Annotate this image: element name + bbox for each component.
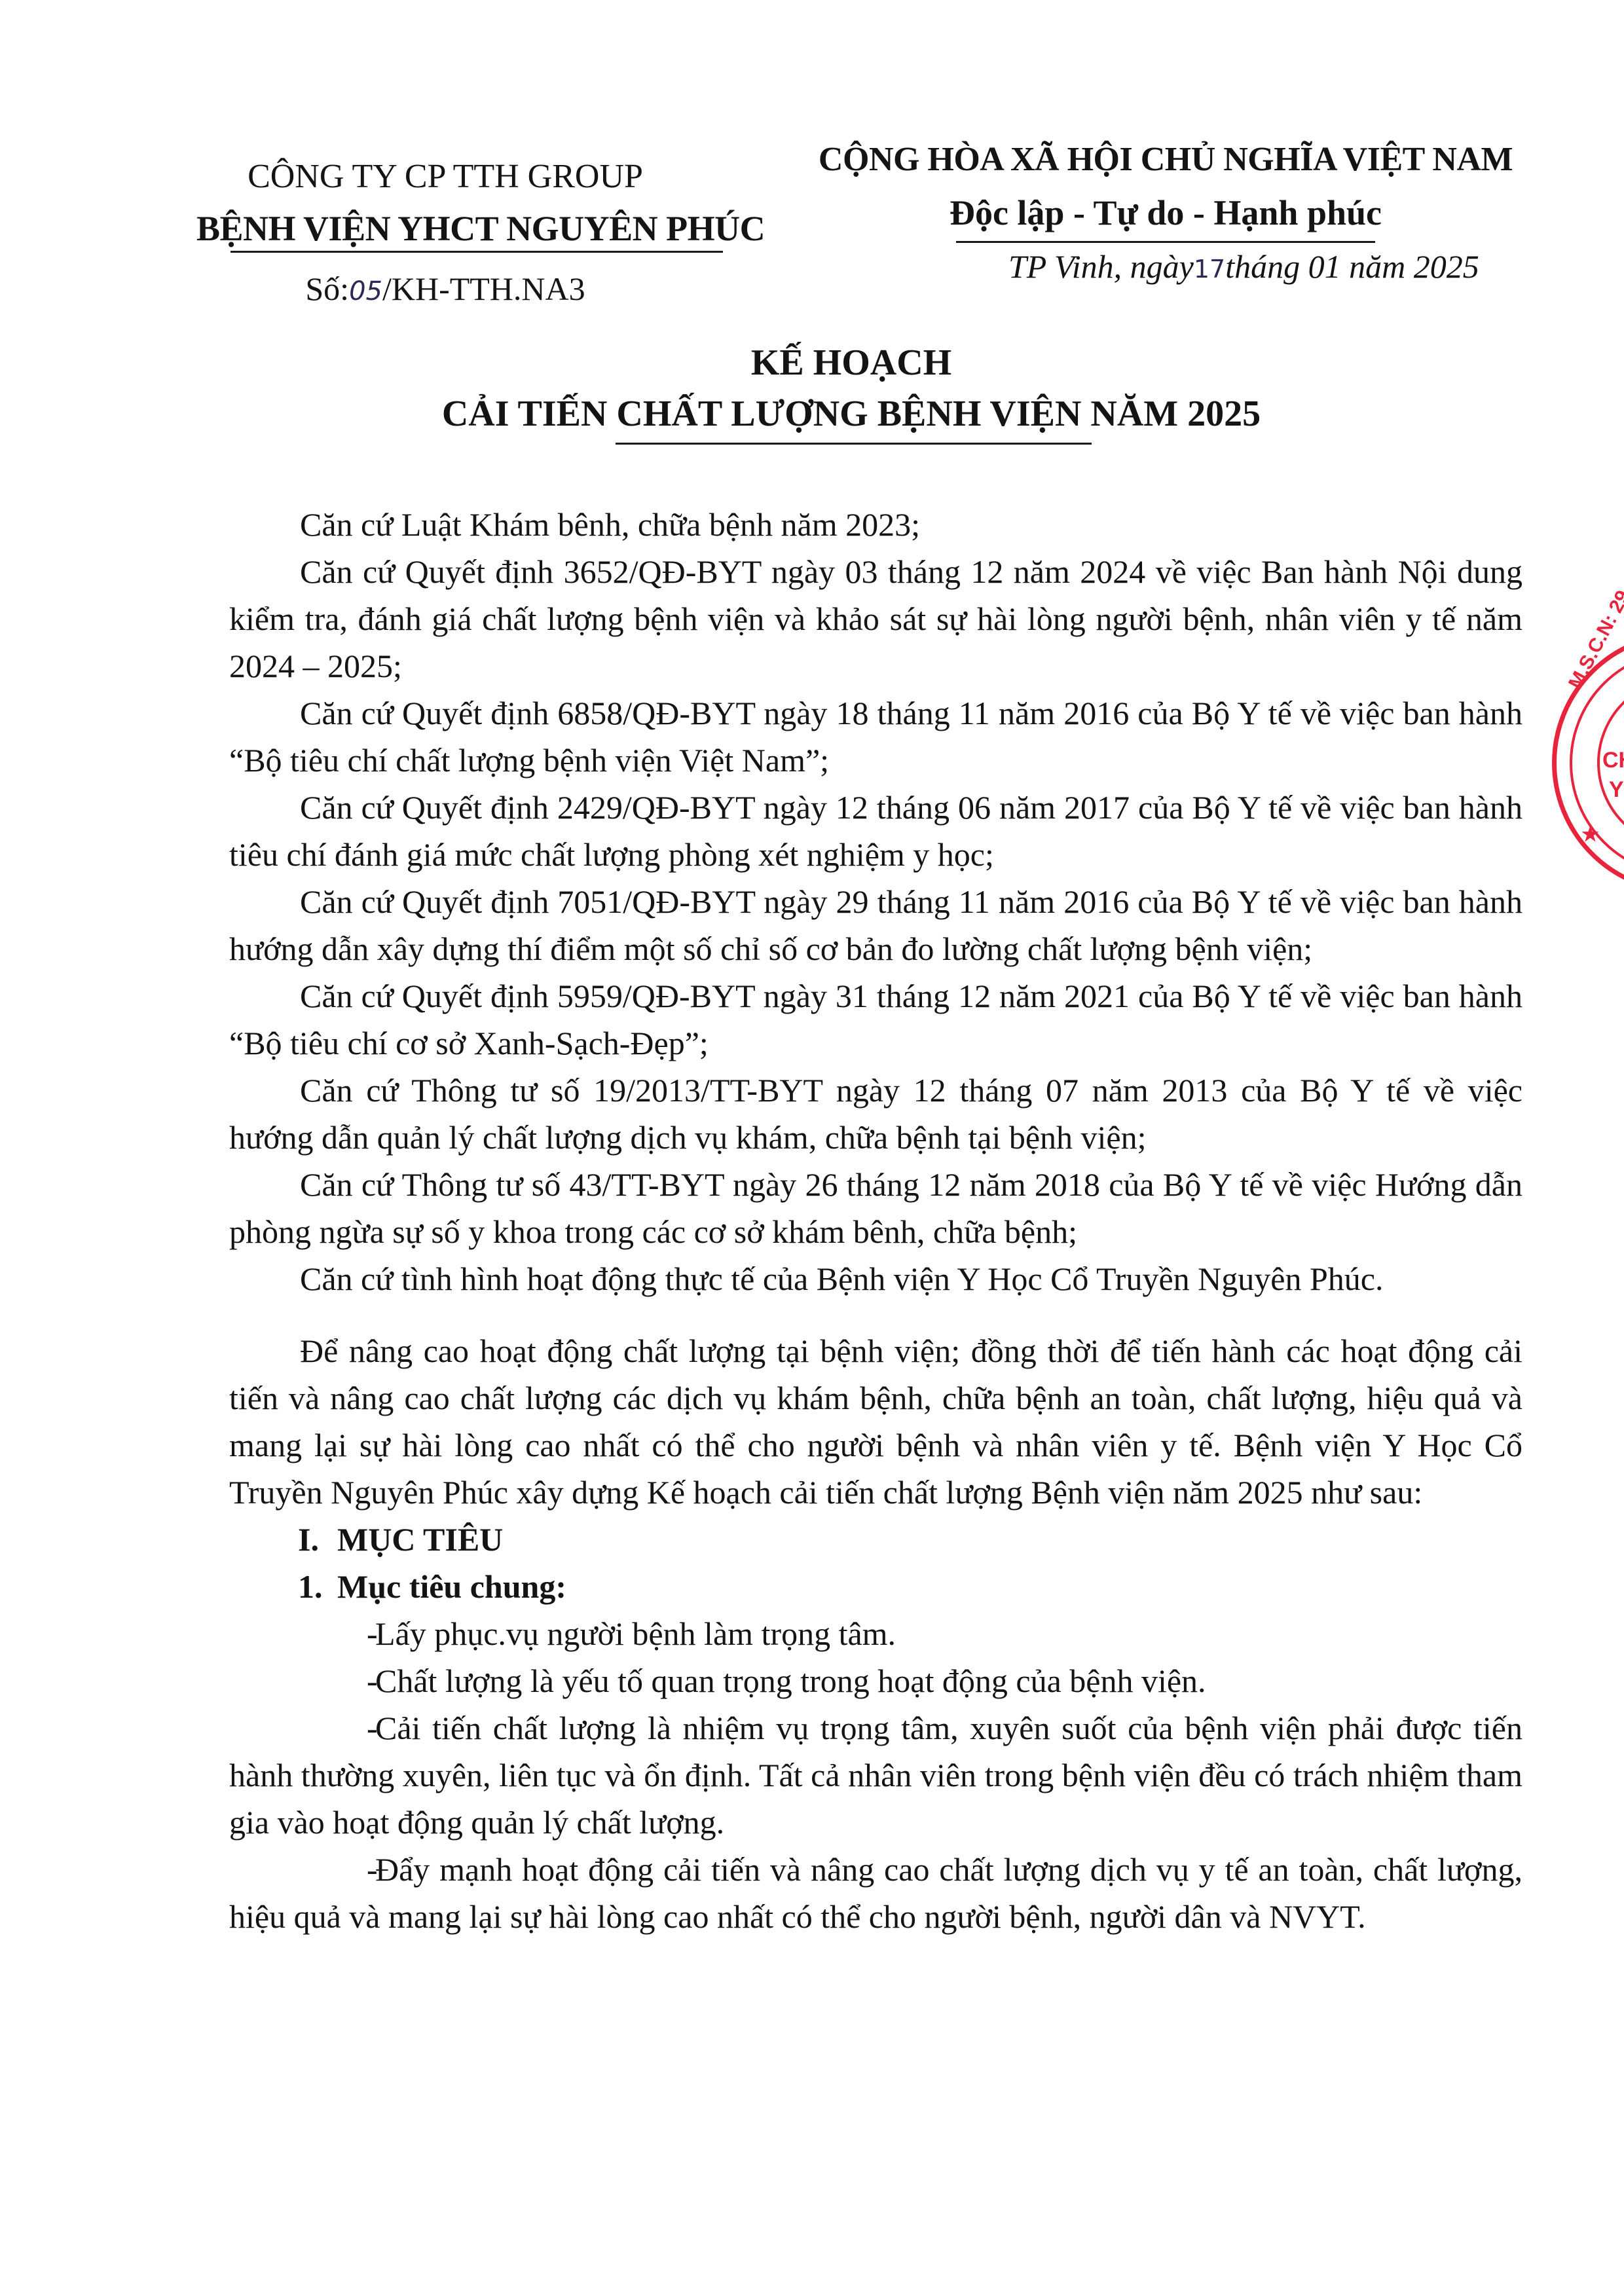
bullet-dash-icon: - bbox=[298, 1610, 375, 1657]
objective-text: Lấy phục.vụ người bệnh làm trọng tâm. bbox=[375, 1615, 896, 1652]
date-prefix: TP Vinh, ngày bbox=[1008, 248, 1194, 285]
legal-basis: Căn cứ Quyết định 3652/QĐ-BYT ngày 03 th… bbox=[229, 548, 1522, 689]
section-heading: I.MỤC TIÊU bbox=[229, 1516, 1522, 1563]
subsection-heading: 1.Mục tiêu chung: bbox=[229, 1563, 1522, 1610]
legal-basis: Căn cứ Luật Khám bênh, chữa bệnh năm 202… bbox=[229, 501, 1522, 548]
document-body: Căn cứ Luật Khám bênh, chữa bệnh năm 202… bbox=[229, 501, 1522, 1940]
objective-item: -Chất lượng là yếu tố quan trọng trong h… bbox=[229, 1657, 1522, 1704]
subsection-title: Mục tiêu chung: bbox=[337, 1568, 566, 1605]
bullet-dash-icon: - bbox=[298, 1704, 375, 1752]
document-number-handwritten: 05 bbox=[349, 276, 382, 306]
document-number-prefix: Số: bbox=[305, 270, 349, 307]
document-number: Số:05/KH-TTH.NA3 bbox=[196, 270, 694, 308]
legal-basis: Căn cứ tình hình hoạt động thực tế của B… bbox=[229, 1255, 1522, 1302]
star-icon: ★ bbox=[1581, 823, 1599, 846]
bullet-dash-icon: - bbox=[298, 1657, 375, 1704]
legal-basis: Căn cứ Quyết định 7051/QĐ-BYT ngày 29 th… bbox=[229, 878, 1522, 972]
objective-text: Cải tiến chất lượng là nhiệm vụ trọng tâ… bbox=[229, 1710, 1522, 1841]
company-name: CÔNG TY CP TTH GROUP bbox=[196, 157, 694, 196]
subsection-number: 1. bbox=[298, 1563, 337, 1610]
hospital-name: BỆNH VIỆN YHCT NGUYÊN PHÚC bbox=[196, 208, 694, 249]
nation-title: CỘNG HÒA XÃ HỘI CHỦ NGHĨA VIỆT NAM bbox=[805, 140, 1526, 179]
document-number-suffix: /KH-TTH.NA3 bbox=[382, 270, 585, 307]
document-subtitle: CẢI TIẾN CHẤT LƯỢNG BỆNH VIỆN NĂM 2025 bbox=[196, 393, 1506, 435]
date-suffix: tháng 01 năm 2025 bbox=[1225, 248, 1479, 285]
objective-text: Chất lượng là yếu tố quan trọng trong ho… bbox=[375, 1662, 1206, 1699]
title-underline bbox=[616, 443, 1092, 445]
motto-underline bbox=[956, 241, 1375, 243]
national-motto: Độc lập - Tự do - Hạnh phúc bbox=[805, 193, 1526, 233]
date-day-handwritten: 17 bbox=[1194, 255, 1225, 284]
document-date: TP Vinh, ngày17tháng 01 năm 2025 bbox=[1008, 248, 1545, 285]
stamp-center-text: CHI bbox=[1602, 748, 1624, 773]
section-title: MỤC TIÊU bbox=[337, 1521, 503, 1558]
objective-item: -Lấy phục.vụ người bệnh làm trọng tâm. bbox=[229, 1610, 1522, 1657]
objective-item: -Cải tiến chất lượng là nhiệm vụ trọng t… bbox=[229, 1704, 1522, 1846]
hospital-name-underline bbox=[231, 251, 723, 253]
legal-basis: Căn cứ Thông tư số 19/2013/TT-BYT ngày 1… bbox=[229, 1067, 1522, 1161]
intro-paragraph: Để nâng cao hoạt động chất lượng tại bện… bbox=[229, 1327, 1522, 1516]
legal-basis: Căn cứ Quyết định 6858/QĐ-BYT ngày 18 th… bbox=[229, 689, 1522, 784]
objective-text: Đẩy mạnh hoạt động cải tiến và nâng cao … bbox=[229, 1851, 1522, 1935]
document-title: KẾ HOẠCH bbox=[196, 342, 1506, 384]
bullet-dash-icon: - bbox=[298, 1846, 375, 1893]
objective-item: -Đẩy mạnh hoạt động cải tiến và nâng cao… bbox=[229, 1846, 1522, 1940]
official-stamp: M.S.C.N: 29 CHI Y ★ bbox=[1552, 632, 1624, 894]
legal-basis: Căn cứ Quyết định 2429/QĐ-BYT ngày 12 th… bbox=[229, 784, 1522, 878]
legal-basis: Căn cứ Thông tư số 43/TT-BYT ngày 26 thá… bbox=[229, 1161, 1522, 1255]
legal-basis: Căn cứ Quyết định 5959/QĐ-BYT ngày 31 th… bbox=[229, 972, 1522, 1067]
stamp-center-text-2: Y bbox=[1609, 777, 1624, 803]
section-number: I. bbox=[298, 1516, 337, 1563]
